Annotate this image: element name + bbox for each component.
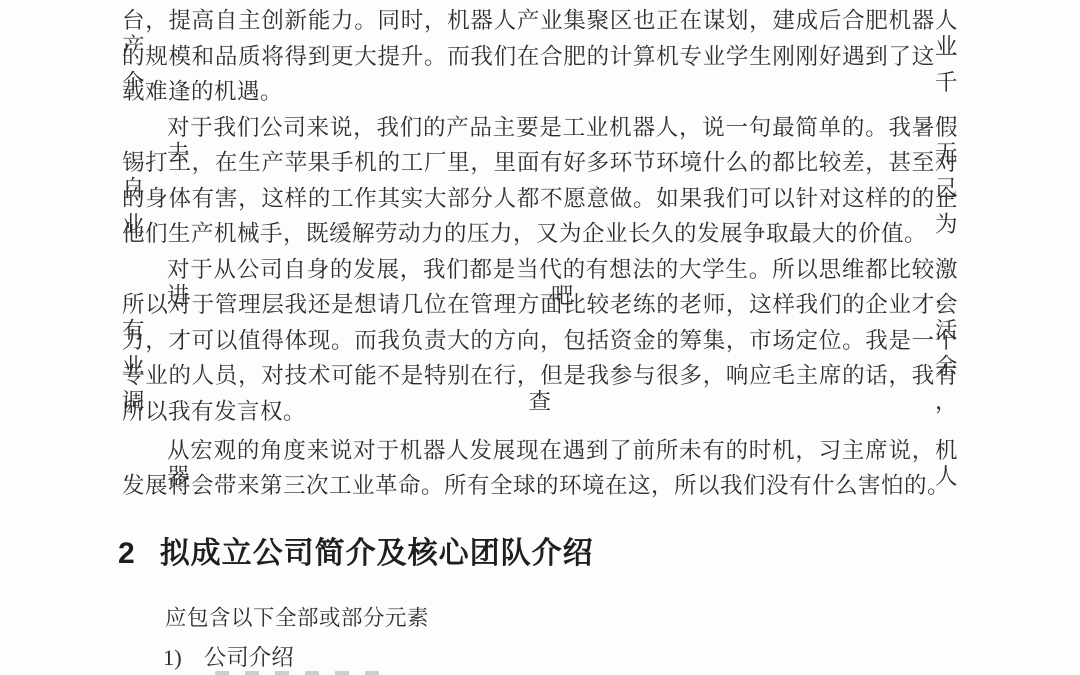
body-line: 的规模和品质将得到更大提升。而我们在合肥的计算机专业学生刚刚好遇到了这一个千 [122,44,958,70]
list-item: 1) 公司介绍 [163,640,294,672]
requirements-note: 应包含以下全部或部分元素 [165,601,429,632]
body-line: 力，才可以值得体现。而我负责大的方向，包括资金的筹集，市场定位。我是一个业余 [122,328,958,354]
body-line: 从宏观的角度来说对于机器人发展现在遇到了前所未有的时机，习主席说，机器人 [167,438,958,464]
body-line: 锡打工，在生产苹果手机的工厂里，里面有好多环节环境什么的都比较差，甚至对自己 [122,150,958,176]
body-line: 载难逢的机遇。 [122,79,958,105]
body-line: 发展将会带来第三次工业革命。所有全球的环境在这，所以我们没有什么害怕的。 [122,473,958,499]
list-item-label: 公司介绍 [204,640,294,672]
body-line: 他们生产机械手，既缓解劳动力的压力，又为企业长久的发展争取最大的价值。 [122,221,958,247]
body-line: 所以我有发言权。 [122,399,958,425]
body-line: 对于我们公司来说，我们的产品主要是工业机器人，说一句最简单的。我暑假去无 [167,115,958,141]
section-heading: 2 拟成立公司简介及核心团队介绍 [118,528,594,572]
section-title: 拟成立公司简介及核心团队介绍 [160,528,594,572]
body-line: 台，提高自主创新能力。同时，机器人产业集聚区也正在谋划，建成后合肥机器人产业 [122,8,958,34]
document-page: 台，提高自主创新能力。同时，机器人产业集聚区也正在谋划，建成后合肥机器人产业 的… [0,0,1080,675]
clipped-next-line [215,671,380,675]
body-line: 所以对于管理层我还是想请几位在管理方面比较老练的老师，这样我们的企业才会有活 [122,292,958,318]
body-line: 的身体有害，这样的工作其实大部分人都不愿意做。如果我们可以针对这样的的企业为 [122,186,958,212]
body-line: 对于从公司自身的发展，我们都是当代的有想法的大学生。所以思维都比较激进吧， [167,257,958,283]
list-item-marker: 1) [163,645,182,671]
section-number: 2 [118,537,136,571]
body-line: 专业的人员，对技术可能不是特别在行，但是我参与很多，响应毛主席的话，我有调查， [122,363,958,389]
